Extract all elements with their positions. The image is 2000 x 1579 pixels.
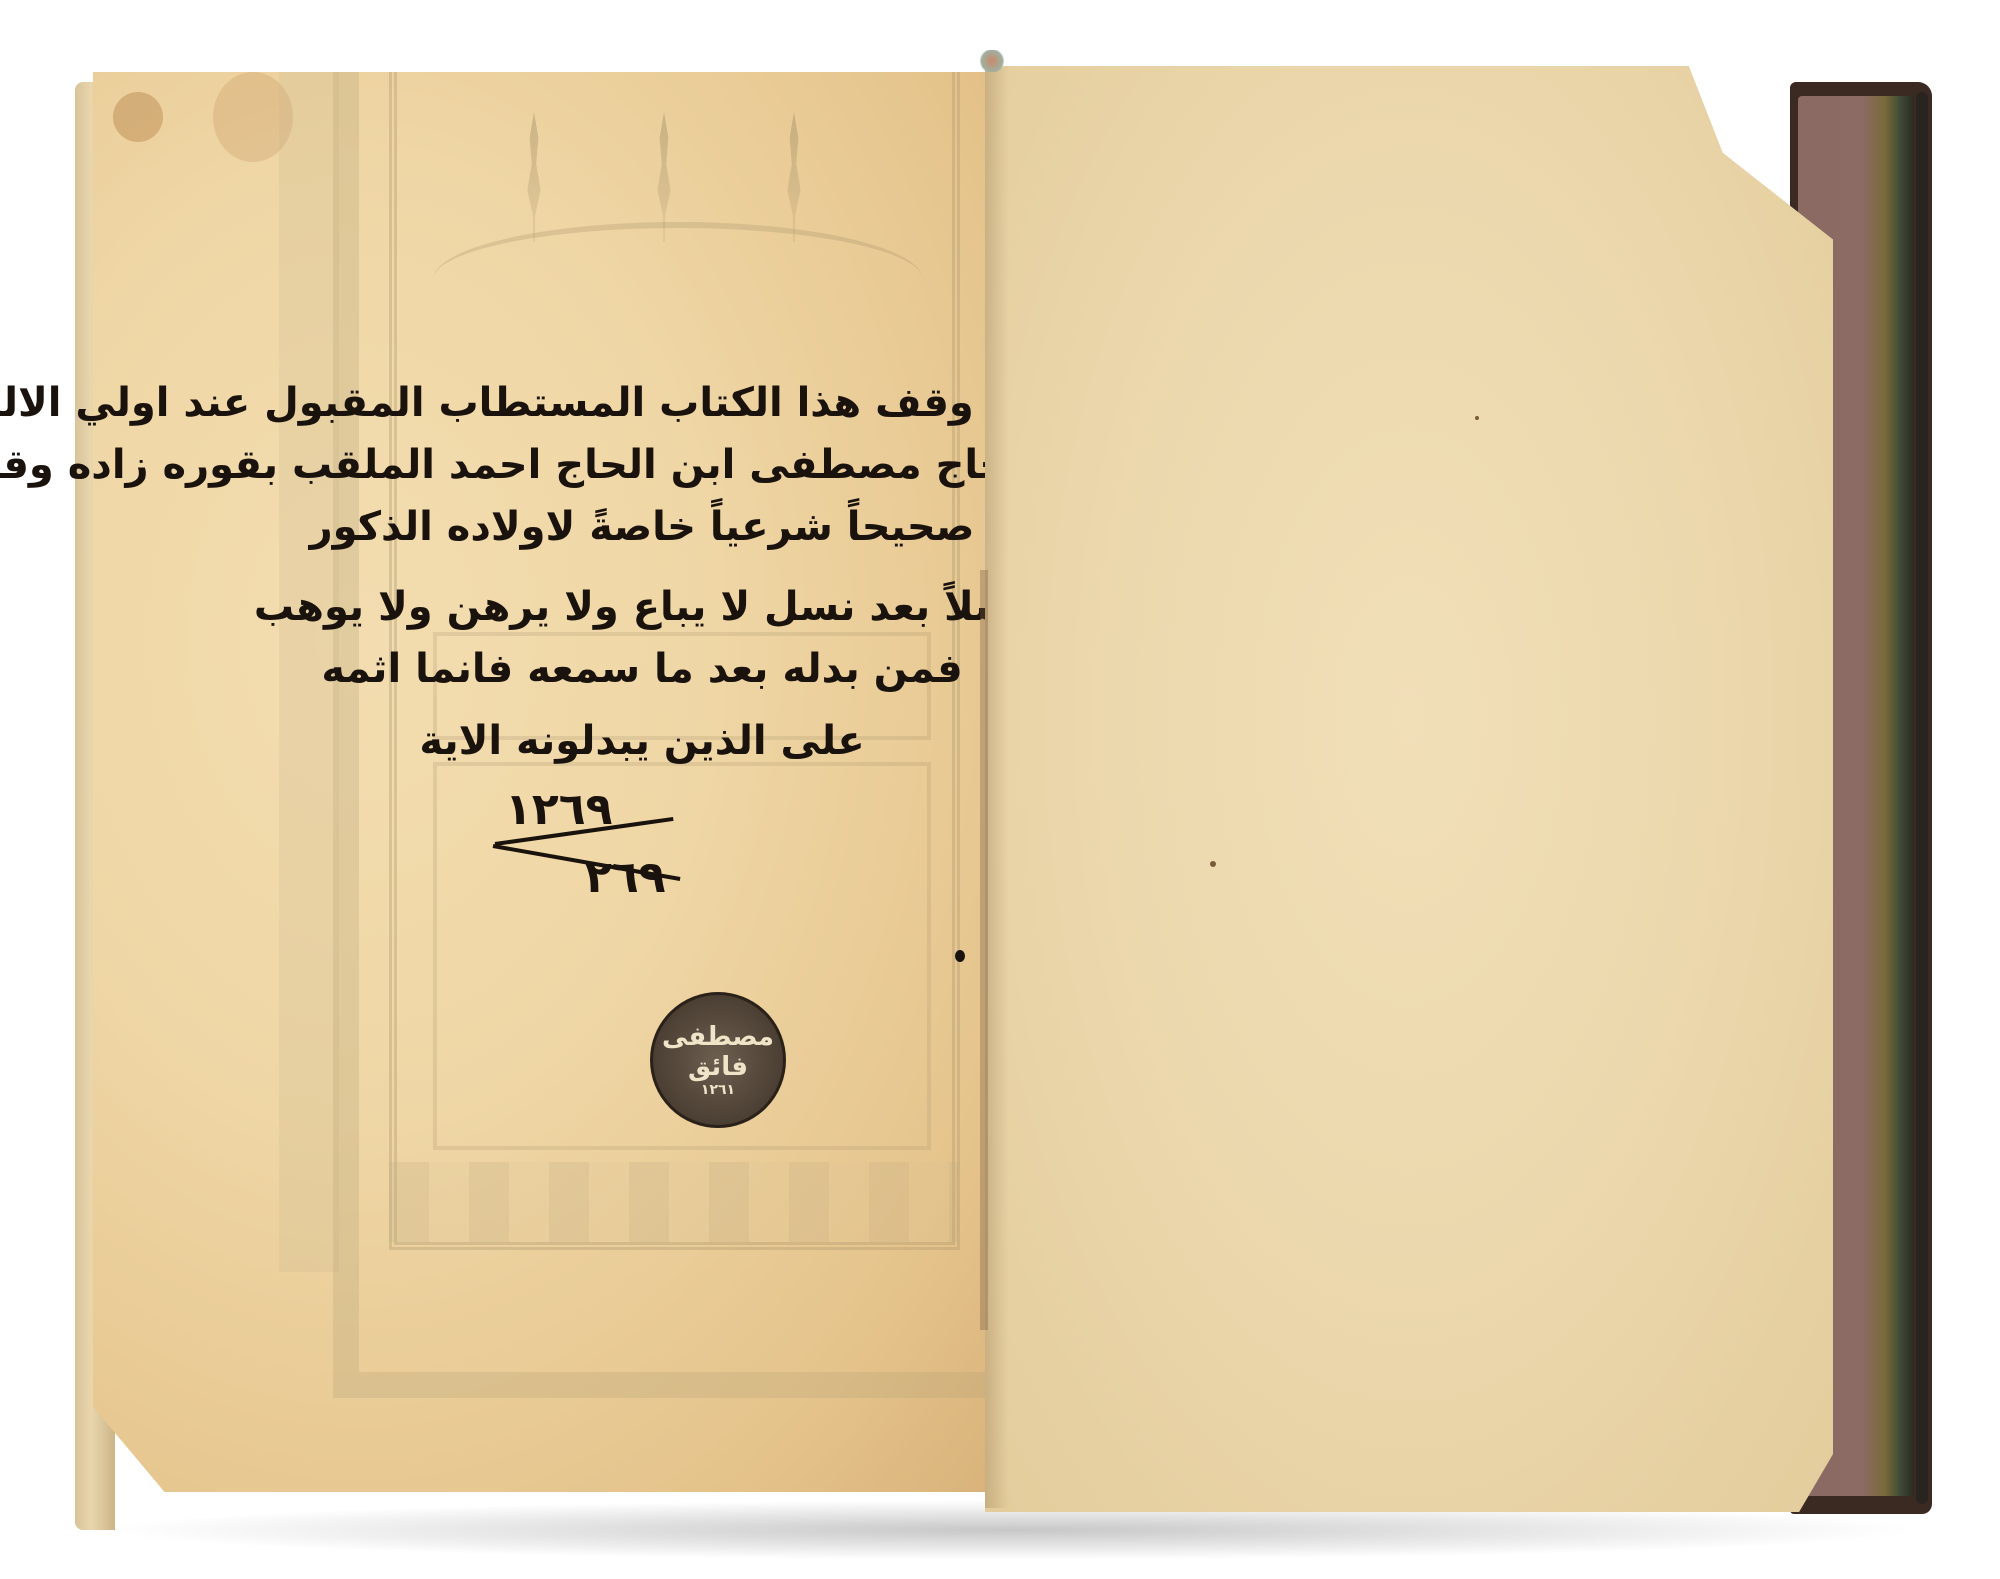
ink-spot <box>955 950 965 962</box>
page-tear <box>980 570 988 1330</box>
secondary-date: ٢٦٩ <box>585 852 666 903</box>
paper-speck <box>1210 861 1216 867</box>
stain <box>113 92 163 142</box>
book-gutter <box>985 68 1009 1508</box>
inscription-line: فمن بدله بعد ما سمعه فانما اثمه <box>247 638 1037 700</box>
waqf-inscription: قد وقف هذا الكتاب المستطاب المقبول عند ا… <box>247 372 1037 772</box>
seal-text: مصطفى <box>662 1022 774 1052</box>
inscription-line: على الذين يبدلونه الاية <box>247 710 1037 772</box>
binding-thread <box>978 50 1006 72</box>
inscription-line: نسلاً بعد نسل لا يباع ولا يرهن ولا يوهب <box>247 576 1037 638</box>
decorative-arch <box>433 222 923 338</box>
right-page-blank <box>985 66 1833 1512</box>
seal-text: فائق <box>688 1052 748 1082</box>
cover-edge <box>1916 92 1928 1504</box>
inscription-line: الحاج مصطفى ابن الحاج احمد الملقب بقوره … <box>247 434 1037 496</box>
inscription-line: صحيحاً شرعياً خاصةً لاولاده الذكور <box>247 496 1037 558</box>
paper-speck <box>1475 416 1479 420</box>
decorative-bottom-band <box>389 1162 959 1242</box>
owner-seal-stamp: مصطفى فائق ١٢٦١ <box>650 992 786 1128</box>
inscription-line: قد وقف هذا الكتاب المستطاب المقبول عند ا… <box>247 372 1037 434</box>
left-page-block: قد وقف هذا الكتاب المستطاب المقبول عند ا… <box>75 72 987 1532</box>
seal-text: ١٢٦١ <box>701 1082 735 1098</box>
left-page <box>93 72 987 1492</box>
